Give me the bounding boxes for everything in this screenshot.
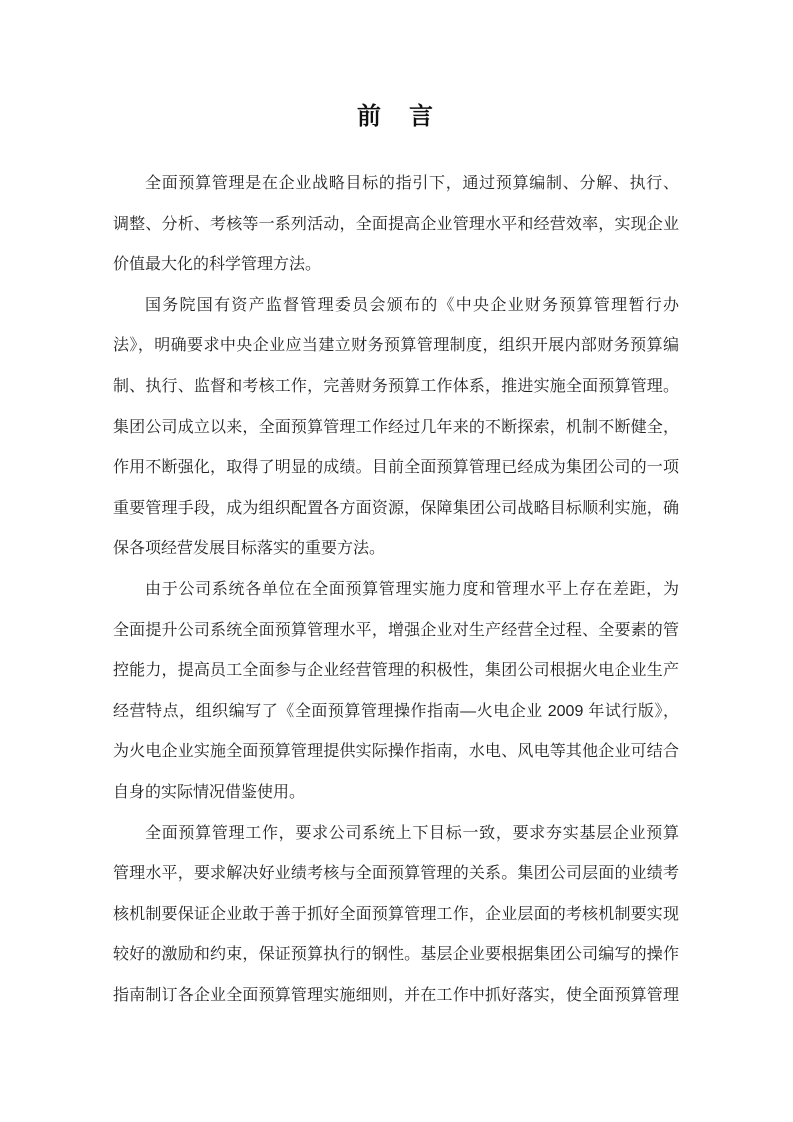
document-page: 前 言 全面预算管理是在企业战略目标的指引下，通过预算编制、分解、执行、调整、分…	[0, 0, 793, 1122]
text-line: 管理水平，要求解决好业绩考核与全面预算管理的关系。集团公司层面的业绩考	[113, 854, 679, 895]
text-line: 价值最大化的科学管理方法。	[113, 245, 679, 286]
text-line: 控能力，提高员工全面参与企业经营管理的积极性，集团公司根据火电企业生产	[113, 651, 679, 692]
text-line: 自身的实际情况借鉴使用。	[113, 773, 679, 814]
text-line: 为火电企业实施全面预算管理提供实际操作指南，水电、风电等其他企业可结合	[113, 732, 679, 773]
text-line: 作用不断强化，取得了明显的成绩。目前全面预算管理已经成为集团公司的一项	[113, 448, 679, 489]
text-line: 指南制订各企业全面预算管理实施细则，并在工作中抓好落实，使全面预算管理	[113, 976, 679, 1017]
text-line: 全面预算管理是在企业战略目标的指引下，通过预算编制、分解、执行、	[113, 164, 679, 205]
document-body: 全面预算管理是在企业战略目标的指引下，通过预算编制、分解、执行、调整、分析、考核…	[113, 164, 679, 1016]
text-line: 国务院国有资产监督管理委员会颁布的《中央企业财务预算管理暂行办	[113, 286, 679, 327]
text-line: 由于公司系统各单位在全面预算管理实施力度和管理水平上存在差距，为	[113, 570, 679, 611]
text-line: 集团公司成立以来，全面预算管理工作经过几年来的不断探索，机制不断健全，	[113, 408, 679, 449]
text-line: 全面预算管理工作，要求公司系统上下目标一致，要求夯实基层企业预算	[113, 814, 679, 855]
text-line: 制、执行、监督和考核工作，完善财务预算工作体系，推进实施全面预算管理。	[113, 367, 679, 408]
text-line: 核机制要保证企业敢于善于抓好全面预算管理工作，企业层面的考核机制要实现	[113, 895, 679, 936]
text-line: 经营特点，组织编写了《全面预算管理操作指南—火电企业 2009 年试行版》，	[113, 692, 679, 733]
text-line: 保各项经营发展目标落实的重要方法。	[113, 529, 679, 570]
text-line: 重要管理手段，成为组织配置各方面资源，保障集团公司战略目标顺利实施，确	[113, 489, 679, 530]
text-line: 法》，明确要求中央企业应当建立财务预算管理制度，组织开展内部财务预算编	[113, 326, 679, 367]
text-line: 较好的激励和约束，保证预算执行的钢性。基层企业要根据集团公司编写的操作	[113, 935, 679, 976]
document-title: 前 言	[113, 100, 679, 134]
text-line: 全面提升公司系统全面预算管理水平，增强企业对生产经营全过程、全要素的管	[113, 611, 679, 652]
text-line: 调整、分析、考核等一系列活动，全面提高企业管理水平和经营效率，实现企业	[113, 205, 679, 246]
